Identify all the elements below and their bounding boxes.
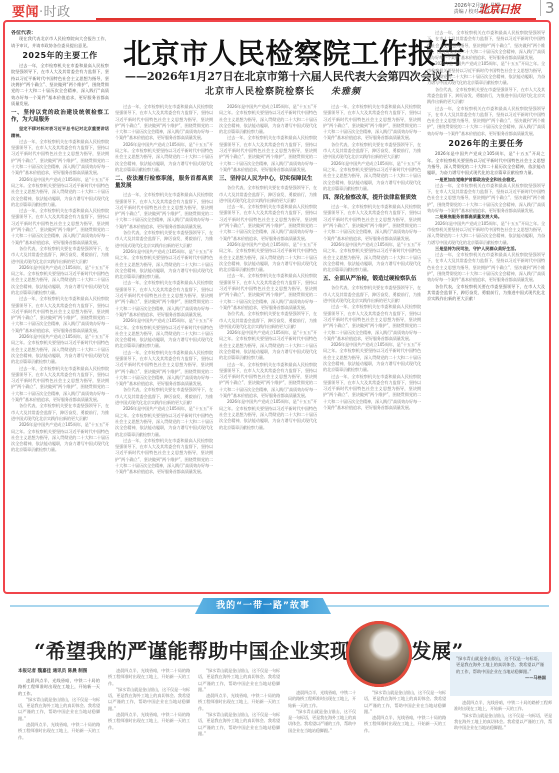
- body-text: 2026年是中国共产党成立105周年，是“十五五”开局之年。全市检察机关要坚持以…: [115, 318, 213, 349]
- body-text: “绿水青山就是金山银山，这不仅是一句标语，更是我在海外工地上的真切体会。我希望以…: [198, 668, 280, 693]
- section-main-label: 要闻: [12, 5, 39, 20]
- body-text: 各位代表，全市检察机关要在市委坚强领导下，在市人大及其常委会监督下，踔厉奋发、勇…: [11, 403, 109, 422]
- body-text: 过去一年，全市检察机关在市委和最高人民检察院坚强领导下，在市人大及其常委会有力监…: [11, 296, 109, 334]
- subsection-heading-2: 二、依法履行检察职能，服务首都高质量发展: [115, 176, 213, 190]
- body-text: 凌晨四点半，光线昏暗，中铁二十局的路桥工程师准时出现在工地上，开始新一天的工作。: [288, 690, 356, 709]
- body-text: 2026年是中国共产党成立105周年，是“十五五”开局之年。全市检察机关要坚持以…: [219, 242, 317, 273]
- section-intro-paragraph: 过去一年，全市检察机关在市委和最高人民检察院坚强领导下，在市人大及其常委会有力监…: [11, 63, 109, 107]
- body-text: 过去一年，全市检察机关在市委和最高人民检察院坚强领导下，在市人大及其常委会有力监…: [115, 192, 213, 230]
- body-text: 2026年是中国共产党成立105周年，是“十五五”开局之年。全市检察机关要坚持以…: [11, 265, 109, 296]
- subsection-heading-5: 五、全面从严治检，锻造过硬检察队伍: [323, 276, 421, 283]
- body-text: 过去一年，全市检察机关在市委和最高人民检察院坚强领导下，在市人大及其常委会有力监…: [115, 104, 213, 142]
- body-text: 过去一年，全市检察机关在市委和最高人民检察院坚强领导下，在市人大及其常委会有力监…: [219, 204, 317, 242]
- body-text: 过去一年，全市检察机关在市委和最高人民检察院坚强领导下，在市人大及其常委会有力监…: [427, 252, 545, 283]
- body-text: 过去一年，全市检察机关在市委和最高人民检察院坚强领导下，在市人大及其常委会有力监…: [323, 304, 421, 342]
- body-text: 凌晨四点半，光线昏暗，中铁二十局的路桥工程师准时出现在工地上，开始新一天的工作。: [454, 700, 552, 713]
- feature-column-5: “绿水青山就是金山银山，这不仅是一句标语，更是我在海外工地上的真切体会。我希望以…: [364, 690, 446, 773]
- feature-column-3: “绿水青山就是金山银山，这不仅是一句标语，更是我在海外工地上的真切体会。我希望以…: [198, 668, 280, 773]
- body-text: “绿水青山就是金山银山，这不仅是一句标语，更是我在海外工地上的真切体会。我希望以…: [288, 709, 356, 734]
- body-text: 各位代表，全市检察机关要在市委坚强领导下，在市人大及其常委会监督下，踔厉奋发、勇…: [219, 311, 317, 330]
- subsection-heading-1: 一、坚持以党的政治建设统领检察工作，为大局服务: [11, 110, 109, 124]
- feature-column-badge: 我的“一带一路”故事: [195, 598, 331, 614]
- pull-quote: “绿水青山就是金山银山，这不仅是一句标语，更是我在海外工地上的真切体会。我希望以…: [450, 652, 552, 696]
- feature-column-6: 凌晨四点半，光线昏暗，中铁二十局的路桥工程师准时出现在工地上，开始新一天的工作。…: [454, 700, 552, 773]
- page-number: 3: [540, 0, 555, 16]
- body-text: 各位代表，全市检察机关要在市委坚强领导下，在市人大及其常委会监督下，踔厉奋发、勇…: [115, 387, 213, 406]
- subsection-lead: 坚定不移对标对表习近平总书记对北京重要讲话精神。: [11, 126, 109, 139]
- body-text: 过去一年，全市检察机关在市委和最高人民检察院坚强领导下，在市人大及其常委会有力监…: [115, 280, 213, 318]
- body-text: 过去一年，全市检察机关在市委和最高人民检察院坚强领导下，在市人大及其常委会有力监…: [427, 183, 545, 214]
- body-text: 过去一年，全市检察机关在市委和最高人民检察院坚强领导下，在市人大及其常委会有力监…: [11, 139, 109, 177]
- body-text: 2026年是中国共产党成立105周年，是“十五五”开局之年。全市检察机关要坚持以…: [323, 342, 421, 373]
- body-text: 2026年是中国共产党成立105周年，是“十五五”开局之年。全市检察机关要坚持以…: [219, 399, 317, 430]
- body-text: 2026年是中国共产党成立105周年，是“十五五”开局之年。全市检察机关要坚持以…: [11, 422, 109, 453]
- body-text: 过去一年，全市检察机关在市委和最高人民检察院坚强领导下，在市人大及其常委会有力监…: [323, 374, 421, 412]
- body-text: 各位代表，全市检察机关要在市委坚强领导下，在市人大及其常委会监督下，踔厉奋发、勇…: [427, 87, 545, 106]
- body-text: 凌晨四点半，光线昏暗，中铁二十局的路桥工程师准时出现在工地上，开始新一天的工作。: [364, 715, 446, 734]
- body-text: 过去一年，全市检察机关在市委和最高人民检察院坚强领导下，在市人大及其常委会有力监…: [11, 366, 109, 404]
- body-text: 2026年是中国共产党成立105周年，是“十五五”开局之年。全市检察机关要坚持以…: [115, 142, 213, 173]
- body-text: 各位代表，全市检察机关要在市委坚强领导下，在市人大及其常委会监督下，踔厉奋发、勇…: [323, 285, 421, 304]
- body-text: “绿水青山就是金山银山，这不仅是一句标语，更是我在海外工地上的真切体会。我希望以…: [18, 697, 100, 722]
- body-text: 2026年是中国共产党成立105周年，是“十五五”开局之年。全市检察机关要坚持以…: [11, 177, 109, 208]
- body-text: “绿水青山就是金山银山，这不仅是一句标语，更是我在海外工地上的真切体会。我希望以…: [198, 712, 280, 737]
- article-column-1: 各位代表： 现在我代表北京市人民检察院向大会报告工作，请予审议，并请市政协各位委…: [11, 30, 109, 590]
- feature-byline: 本报记者 魏嘉佳 通讯员 陈晨 制图: [18, 668, 87, 674]
- byline-name: 朱雅频: [331, 87, 361, 97]
- body-text: 过去一年，全市检察机关在市委和最高人民检察院坚强领导下，在市人大及其常委会有力监…: [219, 273, 317, 311]
- intro-paragraph: 现在我代表北京市人民检察院向大会报告工作，请予审议，并请市政协各位委员提出意见。: [11, 36, 109, 49]
- body-text: 2026年是中国共产党成立105周年，是“十五五”开局之年。全市检察机关要坚持以…: [427, 61, 545, 86]
- article-column-4: 过去一年，全市检察机关在市委和最高人民检察院坚强领导下，在市人大及其常委会有力监…: [323, 104, 421, 590]
- body-text: 2026年是中国共产党成立105周年，是“十五五”开局之年。全市检察机关要坚持以…: [115, 249, 213, 280]
- body-text: 过去一年，全市检察机关在市委和最高人民检察院坚强领导下，在市人大及其常委会有力监…: [427, 106, 545, 137]
- quote-author: ——马格国: [456, 675, 546, 681]
- body-text: 各位代表，全市检察机关要在市委坚强领导下，在市人大及其常委会监督下，踔厉奋发、勇…: [115, 230, 213, 249]
- body-text: 凌晨四点半，光线昏暗，中铁二十局的路桥工程师准时出现在工地上，开始新一天的工作。: [18, 722, 100, 741]
- article-column-5: 过去一年，全市检察机关在市委和最高人民检察院坚强领导下，在市人大及其常委会有力监…: [427, 30, 545, 590]
- body-text: 2026年是中国共产党成立105周年，是“十五五”开局之年。全市检察机关要坚持以…: [219, 104, 317, 135]
- section-heading-2025: 2025年的主要工作: [11, 53, 109, 59]
- section-sub-label: 时政: [44, 5, 71, 20]
- byline-org: 北京市人民检察院检察长: [205, 87, 315, 97]
- body-text: 各位代表，全市检察机关要在市委坚强领导下，在市人大及其常委会监督下，踔厉奋发、勇…: [219, 185, 317, 204]
- body-text: 过去一年，全市检察机关在市委和最高人民检察院坚强领导下，在市人大及其常委会有力监…: [323, 104, 421, 142]
- body-text: 过去一年，全市检察机关在市委和最高人民检察院坚强领导下，在市人大及其常委会有力监…: [323, 204, 421, 242]
- article-column-2: 过去一年，全市检察机关在市委和最高人民检察院坚强领导下，在市人大及其常委会有力监…: [115, 104, 213, 590]
- subsection-heading-3: 三、坚持以人民为中心，切实保障民生: [219, 176, 317, 183]
- report-title: 北京市人民检察院工作报告: [123, 32, 465, 72]
- quote-text: “绿水青山就是金山银山，这不仅是一句标语，更是我在海外工地上的真切体会。我希望以…: [456, 656, 544, 674]
- feature-column-4: 凌晨四点半，光线昏暗，中铁二十局的路桥工程师准时出现在工地上，开始新一天的工作。…: [288, 690, 356, 773]
- section-label: 要闻·时政: [12, 1, 71, 20]
- body-text: “绿水青山就是金山银山，这不仅是一句标语，更是我在海外工地上的真切体会。我希望以…: [364, 690, 446, 715]
- body-text: “绿水青山就是金山银山，这不仅是一句标语，更是我在海外工地上的真切体会。我希望以…: [454, 713, 552, 732]
- report-subtitle: ——2026年1月27日在北京市第十六届人民代表大会第四次会议上: [125, 68, 454, 84]
- body-text: 各位代表，全市检察机关要在市委坚强领导下，在市人大及其常委会监督下，踔厉奋发、勇…: [323, 142, 421, 161]
- body-text: 凌晨四点半，光线昏暗，中铁二十局的路桥工程师准时出现在工地上，开始新一天的工作。: [198, 693, 280, 712]
- body-text: 2026年是中国共产党成立105周年，是“十五五”开局之年。全市检察机关要坚持以…: [219, 330, 317, 361]
- closing-paragraph: 各位代表，全市检察机关要在市委坚强领导下，在市人大及其常委会监督下，踔厉奋发、勇…: [427, 284, 545, 303]
- feature-banner: 我的“一带一路”故事: [10, 600, 549, 612]
- body-text: 凌晨四点半，光线昏暗，中铁二十局的路桥工程师准时出现在工地上，开始新一天的工作。: [108, 712, 190, 731]
- feature-column-1: 凌晨四点半，光线昏暗，中铁二十局的路桥工程师准时出现在工地上，开始新一天的工作。…: [18, 678, 100, 773]
- section-heading-2026: 2026年的主要任务: [427, 141, 545, 147]
- body-text: 2026年是中国共产党成立105周年，是“十五五”开局之年。全市检察机关要坚持以…: [427, 221, 545, 246]
- body-text: 过去一年，全市检察机关在市委和最高人民检察院坚强领导下，在市人大及其常委会有力监…: [427, 30, 545, 61]
- body-text: 凌晨四点半，光线昏暗，中铁二十局的路桥工程师准时出现在工地上，开始新一天的工作。: [108, 668, 190, 687]
- report-byline: 北京市人民检察院检察长朱雅频: [205, 84, 361, 97]
- section2-intro-paragraph: 2026年是中国共产党成立105周年，是“十五五”开局之年。全市检察机关要坚持以…: [427, 151, 545, 176]
- body-text: 过去一年，全市检察机关在市委和最高人民检察院坚强领导下，在市人大及其常委会有力监…: [219, 362, 317, 400]
- body-text: 过去一年，全市检察机关在市委和最高人民检察院坚强领导下，在市人大及其常委会有力监…: [11, 208, 109, 246]
- body-text: “绿水青山就是金山银山，这不仅是一句标语，更是我在海外工地上的真切体会。我希望以…: [108, 687, 190, 712]
- feature-lead: 凌晨四点半，光线昏暗，中铁二十局的路桥工程师准时出现在工地上，开始新一天的工作。: [18, 678, 100, 697]
- paper-logo: 北京日报: [478, 1, 520, 17]
- body-text: 各位代表，全市检察机关要在市委坚强领导下，在市人大及其常委会监督下，踔厉奋发、勇…: [11, 246, 109, 265]
- body-text: 2026年是中国共产党成立105周年，是“十五五”开局之年。全市检察机关要坚持以…: [11, 334, 109, 365]
- article-column-3: 2026年是中国共产党成立105周年，是“十五五”开局之年。全市检察机关要坚持以…: [219, 104, 317, 590]
- subsection-heading-4: 四、深化检察改革，提升法律监督质效: [323, 195, 421, 202]
- body-text: 2026年是中国共产党成立105周年，是“十五五”开局之年。全市检察机关要坚持以…: [323, 161, 421, 192]
- portrait-photo: [346, 621, 412, 687]
- body-text: 2026年是中国共产党成立105周年，是“十五五”开局之年。全市检察机关要坚持以…: [323, 242, 421, 273]
- report-article-frame: 北京市人民检察院工作报告 ——2026年1月27日在北京市第十六届人民代表大会第…: [3, 20, 551, 594]
- body-text: 过去一年，全市检察机关在市委和最高人民检察院坚强领导下，在市人大及其常委会有力监…: [219, 135, 317, 173]
- feature-column-2: 凌晨四点半，光线昏暗，中铁二十局的路桥工程师准时出现在工地上，开始新一天的工作。…: [108, 668, 190, 773]
- body-text: 过去一年，全市检察机关在市委和最高人民检察院坚强领导下，在市人大及其常委会有力监…: [115, 438, 213, 476]
- newspaper-masthead: 要闻·时政 2026年2月9日 星期一 责编 / 校对 版式 / 审核 北京日报…: [0, 0, 559, 20]
- body-text: 2026年是中国共产党成立105周年，是“十五五”开局之年。全市检察机关要坚持以…: [115, 406, 213, 437]
- body-text: 过去一年，全市检察机关在市委和最高人民检察院坚强领导下，在市人大及其常委会有力监…: [115, 350, 213, 388]
